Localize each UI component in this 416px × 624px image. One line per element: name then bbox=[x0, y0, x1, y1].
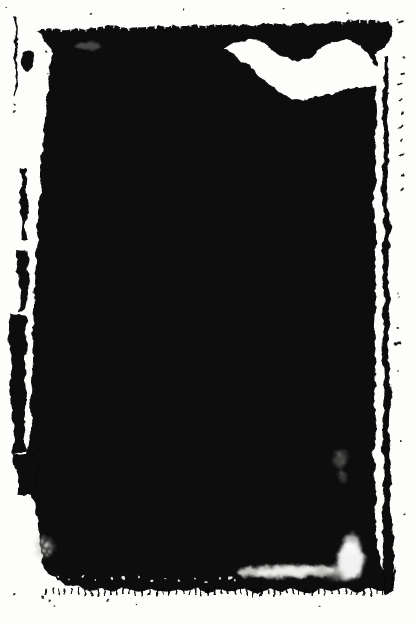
speck-dot bbox=[134, 603, 135, 604]
speck-dot bbox=[122, 577, 125, 580]
speck-dot bbox=[138, 576, 140, 578]
corner-glow-upper bbox=[344, 533, 360, 553]
speck-dot bbox=[5, 6, 7, 8]
speck-dot bbox=[14, 111, 16, 113]
speck-dot bbox=[179, 579, 182, 582]
speck-dot bbox=[96, 579, 98, 581]
speck-dot bbox=[41, 540, 44, 543]
speck-dot bbox=[218, 578, 221, 581]
speck-dot bbox=[69, 578, 71, 580]
speck-dot bbox=[39, 546, 41, 548]
speck-dot bbox=[206, 580, 208, 582]
speck-dot bbox=[347, 12, 349, 14]
speck-dot bbox=[182, 9, 184, 11]
speck-dot bbox=[398, 296, 400, 298]
speck-dot bbox=[320, 606, 322, 608]
speck-dot bbox=[193, 577, 195, 579]
speck-dot bbox=[47, 73, 49, 75]
speck-dot bbox=[45, 543, 49, 547]
speck-dot bbox=[50, 546, 52, 548]
speck-dot bbox=[109, 576, 111, 578]
speck-dot bbox=[397, 327, 399, 329]
speck-dot bbox=[55, 132, 57, 134]
speck-dot bbox=[42, 535, 44, 537]
speck-dot bbox=[343, 460, 345, 462]
speck-dot bbox=[396, 18, 398, 20]
speck-dot bbox=[403, 58, 405, 60]
speck-dot bbox=[228, 575, 232, 579]
print-body bbox=[5, 6, 405, 608]
print-scan bbox=[0, 0, 416, 624]
gray-spot-lower bbox=[337, 470, 347, 482]
speck-dot bbox=[13, 104, 15, 106]
speck-dot bbox=[49, 551, 52, 554]
speck-dot bbox=[57, 576, 59, 578]
gray-wisp bbox=[73, 43, 103, 50]
speck-dot bbox=[82, 576, 85, 579]
speck-dot bbox=[235, 579, 237, 581]
speck-dot bbox=[397, 368, 399, 370]
speck-dot bbox=[282, 7, 284, 9]
speck-dot bbox=[44, 51, 46, 53]
speck-dot bbox=[45, 555, 48, 558]
speck-dot bbox=[55, 604, 57, 606]
speck-dot bbox=[340, 473, 342, 475]
gray-spot-upper bbox=[334, 450, 348, 468]
artwork-canvas bbox=[0, 0, 416, 624]
speck-dot bbox=[399, 439, 401, 441]
speck-dot bbox=[396, 292, 398, 294]
black-field bbox=[22, 20, 393, 593]
speck-dot bbox=[52, 61, 54, 63]
speck-dot bbox=[338, 454, 340, 456]
speck-dot bbox=[49, 600, 51, 602]
speck-dot bbox=[46, 170, 48, 172]
speck-dot bbox=[151, 579, 153, 581]
speck-dot bbox=[42, 548, 46, 552]
speck-dot bbox=[42, 596, 45, 599]
corner-glow-left bbox=[326, 566, 346, 578]
speck-dot bbox=[165, 577, 167, 579]
speck-dot bbox=[90, 12, 92, 14]
speck-dot bbox=[107, 600, 109, 602]
speck-dot bbox=[13, 592, 15, 594]
white-blob-tail bbox=[376, 53, 383, 88]
speck-dot bbox=[50, 151, 52, 153]
speck-dot bbox=[401, 514, 403, 516]
